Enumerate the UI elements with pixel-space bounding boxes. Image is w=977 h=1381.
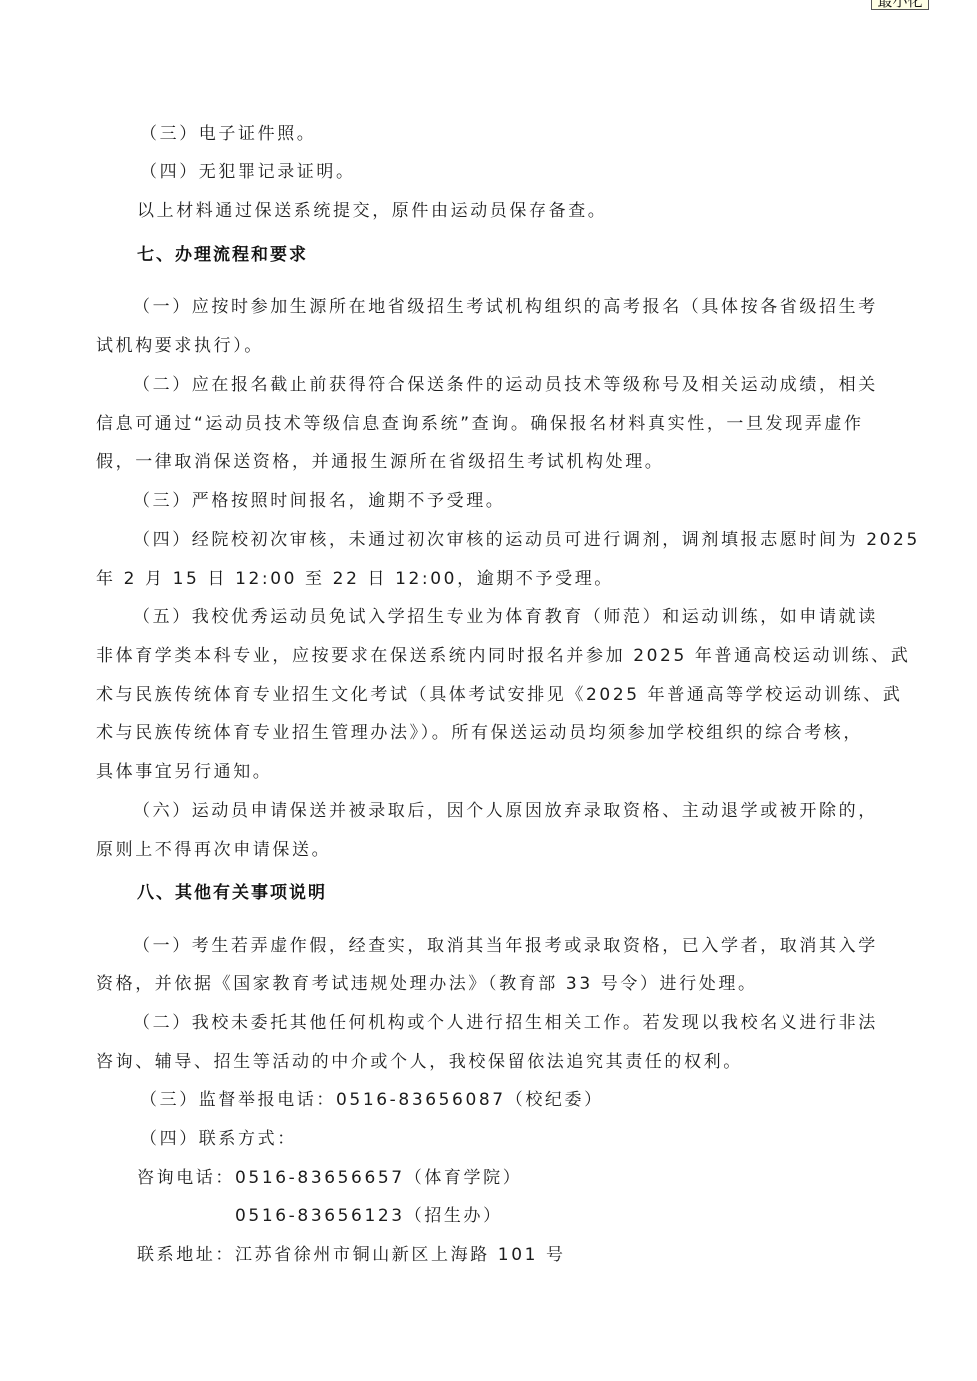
supervision-hotline: （三）监督举报电话：0516-83656087（校纪委） <box>140 1089 604 1111</box>
contact-address: 联系地址：江苏省徐州市铜山新区上海路 101 号 <box>137 1244 566 1266</box>
paragraph-line: 资格，并依据《国家教育考试违规处理办法》（教育部 33 号令）进行处理。 <box>96 973 758 995</box>
paragraph-line: 咨询、辅导、招生等活动的中介或个人，我校保留依法追究其责任的权利。 <box>96 1051 743 1073</box>
paragraph-line: 信息可通过“运动员技术等级信息查询系统”查询。确保报名材料真实性，一旦发现弄虚作 <box>96 413 864 435</box>
minimize-button[interactable]: 最小化 <box>871 0 929 10</box>
paragraph-line: （一）应按时参加生源所在地省级招生考试机构组织的高考报名（具体按各省级招生考 <box>133 296 878 318</box>
paragraph-line: 具体事宜另行通知。 <box>96 761 272 783</box>
paragraph-line: （四）经院校初次审核，未通过初次审核的运动员可进行调剂，调剂填报志愿时间为 20… <box>133 529 920 551</box>
list-item-electronic-photo: （三）电子证件照。 <box>140 123 316 145</box>
paragraph-line: （六）运动员申请保送并被录取后，因个人原因放弃录取资格、主动退学或被开除的， <box>133 800 878 822</box>
paragraph-line: 试机构要求执行）。 <box>96 335 264 357</box>
paragraph-line: 假，一律取消保送资格，并通报生源所在省级招生考试机构处理。 <box>96 451 664 473</box>
consult-phone-admissions: 0516-83656123（招生办） <box>235 1205 503 1227</box>
paragraph-line: （五）我校优秀运动员免试入学招生专业为体育教育（师范）和运动训练，如申请就读 <box>133 606 878 628</box>
paragraph-line: （二）我校未委托其他任何机构或个人进行招生相关工作。若发现以我校名义进行非法 <box>133 1012 878 1034</box>
paragraph-line: 术与民族传统体育专业招生文化考试（具体考试安排见《2025 年普通高等学校运动训… <box>96 684 902 706</box>
paragraph-line: （二）应在报名截止前获得符合保送条件的运动员技术等级称号及相关运动成绩，相关 <box>133 374 878 396</box>
materials-note: 以上材料通过保送系统提交，原件由运动员保存备查。 <box>137 200 607 222</box>
consult-phone-pe-college: 咨询电话：0516-83656657（体育学院） <box>137 1167 522 1189</box>
section-heading-other-matters: 八、其他有关事项说明 <box>137 882 327 904</box>
section-heading-process: 七、办理流程和要求 <box>137 244 308 266</box>
paragraph-line: 年 2 月 15 日 12:00 至 22 日 12:00，逾期不予受理。 <box>96 568 614 590</box>
paragraph-line: （一）考生若弄虚作假，经查实，取消其当年报考或录取资格，已入学者，取消其入学 <box>133 935 878 957</box>
paragraph-line: 非体育学类本科专业，应按要求在保送系统内同时报名并参加 2025 年普通高校运动… <box>96 645 910 667</box>
list-item-no-criminal-record: （四）无犯罪记录证明。 <box>140 161 356 183</box>
contact-heading: （四）联系方式： <box>140 1128 297 1150</box>
paragraph-line: 术与民族传统体育专业招生管理办法》）。所有保送运动员均须参加学校组织的综合考核， <box>96 722 863 744</box>
paragraph-line: 原则上不得再次申请保送。 <box>96 839 331 861</box>
paragraph-line: （三）严格按照时间报名，逾期不予受理。 <box>133 490 505 512</box>
